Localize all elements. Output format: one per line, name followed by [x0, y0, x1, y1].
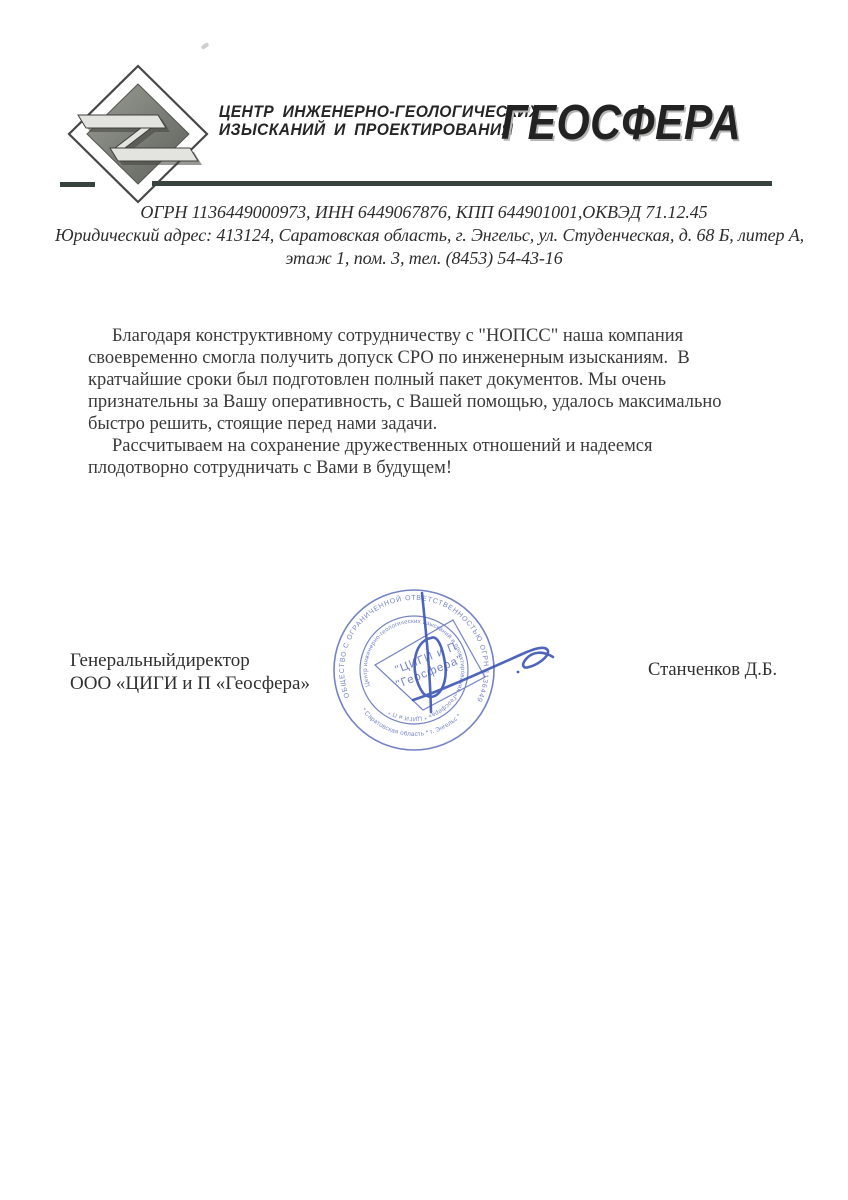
header-rule: [152, 181, 772, 186]
body-line: кратчайшие сроки был подготовлен полный …: [88, 369, 788, 391]
body-line: быстро решить, стоящие перед нами задачи…: [88, 413, 788, 435]
svg-text:* Саратовская область * г. Энг: * Саратовская область * г. Энгельс *: [360, 707, 463, 738]
signer-position-line2: ООО «ЦИГИ и П «Геосфера»: [70, 672, 310, 695]
letter-body: Благодаря конструктивному сотрудничеству…: [88, 325, 788, 479]
letter-page: ЦЕНТР ИНЖЕНЕРНО-ГЕОЛОГИЧЕСКИХ ИЗЫСКАНИЙ …: [0, 0, 848, 1200]
signer-name: Станченков Д.Б.: [648, 660, 777, 681]
body-line: Благодаря конструктивному сотрудничеству…: [88, 325, 788, 347]
org-name-line2: ИЗЫСКАНИЙ И ПРОЕКТИРОВАНИЯ: [219, 122, 483, 140]
signer-position-line1: Генеральныйдиректор: [70, 649, 310, 672]
registration-line: ОГРН 1136449000973, ИНН 6449067876, КПП …: [55, 201, 793, 223]
company-stamp: ОБЩЕСТВО С ОГРАНИЧЕННОЙ ОТВЕТСТВЕННОСТЬЮ…: [325, 575, 565, 760]
geosfera-logo-icon: [63, 60, 213, 210]
signer-position: Генеральныйдиректор ООО «ЦИГИ и П «Геосф…: [70, 649, 310, 695]
org-name: ЦЕНТР ИНЖЕНЕРНО-ГЕОЛОГИЧЕСКИХ ИЗЫСКАНИЙ …: [219, 104, 483, 139]
org-name-line1: ЦЕНТР ИНЖЕНЕРНО-ГЕОЛОГИЧЕСКИХ: [219, 104, 483, 122]
body-line: плодотворно сотрудничать с Вами в будуще…: [88, 457, 788, 479]
scan-artifact: [201, 42, 210, 50]
body-line: признательны за Вашу оперативность, с Ва…: [88, 391, 788, 413]
address-line2: этаж 1, пом. 3, тел. (8453) 54-43-16: [55, 247, 793, 269]
body-line: своевременно смогла получить допуск СРО …: [88, 347, 788, 369]
stamp-ring-bottom-text: * Саратовская область * г. Энгельс *: [360, 707, 463, 738]
body-line: Рассчитываем на сохранение дружественных…: [88, 435, 788, 457]
header-rule-left: [60, 182, 95, 187]
address-line1: Юридический адрес: 413124, Саратовская о…: [55, 224, 793, 246]
brand-name: ГЕОСФЕРА: [501, 99, 741, 148]
